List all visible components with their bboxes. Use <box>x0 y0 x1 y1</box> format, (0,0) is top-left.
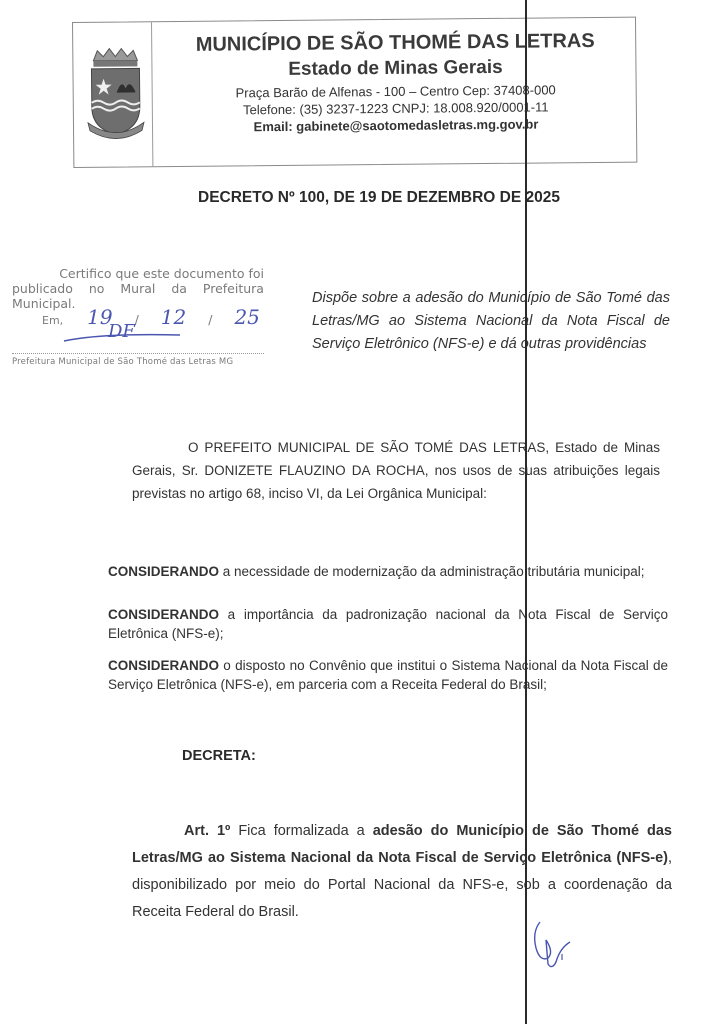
municipality-name: MUNICÍPIO DE SÃO THOMÉ DAS LETRAS <box>165 30 625 57</box>
signature-initials-icon <box>530 918 580 974</box>
stamp-month: 12 <box>161 305 186 329</box>
stamp-year: 25 <box>234 305 259 329</box>
considerando-3: CONSIDERANDO o disposto no Convênio que … <box>108 656 668 694</box>
contact-line: Telefone: (35) 3237-1223 CNPJ: 18.008.92… <box>166 99 626 118</box>
article-1: Art. 1º Fica formalizada a adesão do Mun… <box>132 818 672 926</box>
publication-stamp: Certifico que este documento foi publica… <box>12 266 264 367</box>
decreta-heading: DECRETA: <box>182 748 256 764</box>
letterhead-divider <box>151 22 153 166</box>
stamp-word: da <box>171 281 187 296</box>
ementa: Dispõe sobre a adesão do Município de Sã… <box>312 287 670 356</box>
coat-of-arms-icon <box>83 44 148 145</box>
stamp-word: Mural <box>120 281 155 296</box>
email-line: Email: gabinete@saotomedasletras.mg.gov.… <box>166 116 626 135</box>
letterhead: MUNICÍPIO DE SÃO THOMÉ DAS LETRAS Estado… <box>72 17 637 168</box>
state-name: Estado de Minas Gerais <box>165 56 625 82</box>
stamp-word: publicado <box>12 281 73 296</box>
stamp-footer: Prefeitura Municipal de São Thomé das Le… <box>12 353 264 367</box>
decree-title: DECRETO Nº 100, DE 19 DE DEZEMBRO DE 202… <box>198 189 560 207</box>
stamp-line-1: Certifico que este documento foi <box>12 266 264 281</box>
scan-artifact-line <box>525 0 527 1024</box>
stamp-word: no <box>89 281 105 296</box>
preamble: O PREFEITO MUNICIPAL DE SÃO TOMÉ DAS LET… <box>132 436 660 505</box>
stamp-word: Prefeitura <box>203 281 264 296</box>
address-line: Praça Barão de Alfenas - 100 – Centro Ce… <box>166 82 626 101</box>
considerando-1: CONSIDERANDO a necessidade de modernizaç… <box>108 562 668 581</box>
stamp-initials-row: DF <box>12 329 264 343</box>
stamp-line-2: publicado no Mural da Prefeitura <box>12 281 264 296</box>
stamp-date-row: Em, 19 / 12 / 25 <box>12 305 264 329</box>
considerando-2: CONSIDERANDO a importância da padronizaç… <box>108 605 668 643</box>
stamp-em-label: Em, <box>42 314 63 327</box>
